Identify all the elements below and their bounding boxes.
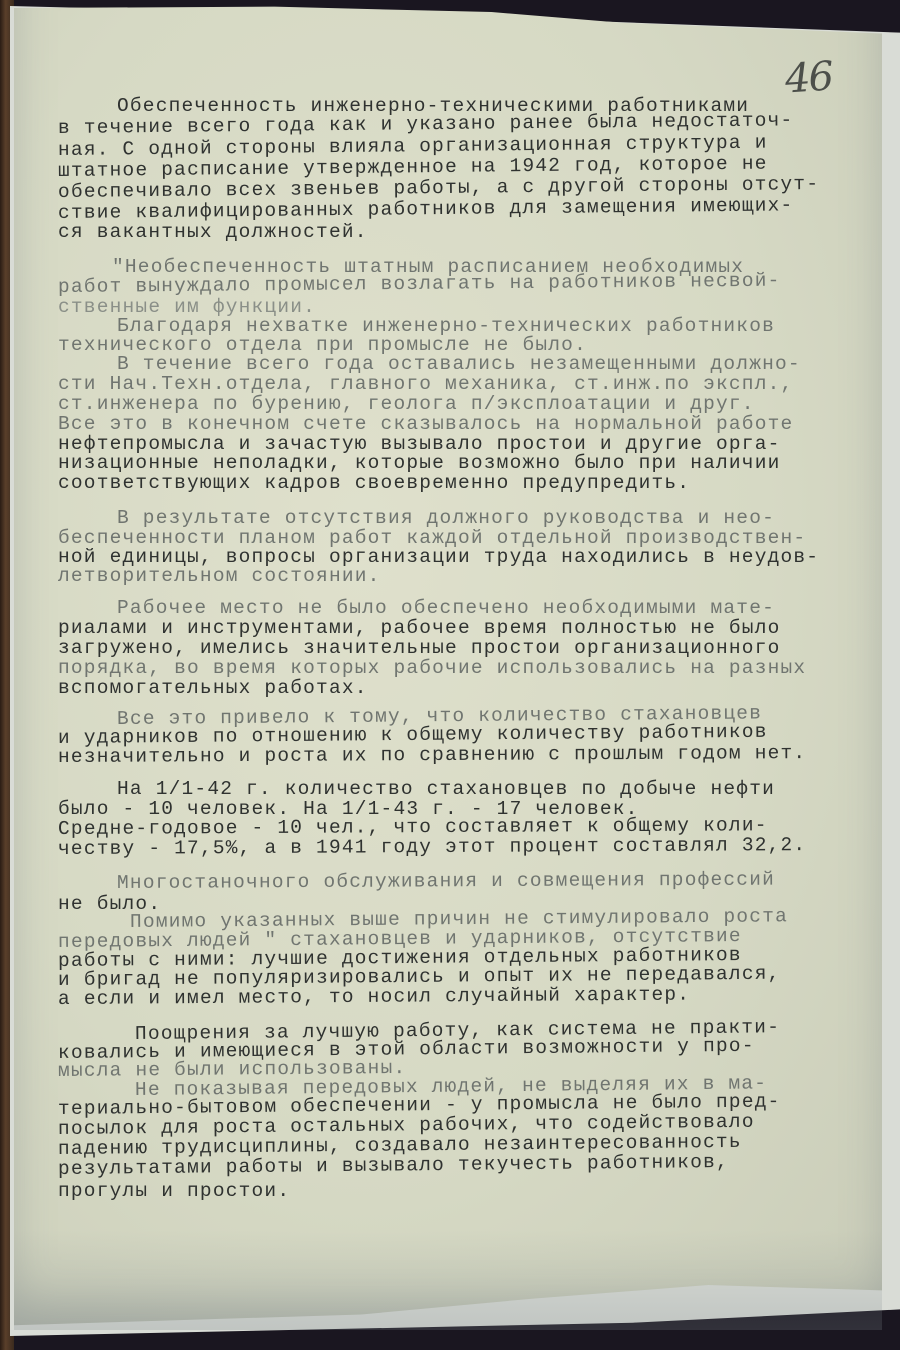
text-line: В течение всего года оставались незамеще… — [117, 353, 801, 375]
text-line: порядка, во время которых рабочие исполь… — [58, 657, 806, 679]
text-line: Все это в конечном счете сказывалось на … — [58, 413, 793, 435]
text-line: Многостаночного обслуживания и совмещени… — [117, 869, 775, 894]
text-line: низационные неполадки, которые возможно … — [58, 452, 781, 474]
text-line: прогулы и простои. — [58, 1180, 290, 1202]
text-line: В результате отсутствия должного руковод… — [117, 507, 775, 529]
text-line: сти Нач.Техн.отдела, главного механика, … — [58, 373, 793, 395]
text-line: а если и имел место, то носил случайный … — [58, 984, 690, 1010]
text-line: соответствующих кадров своевременно пред… — [58, 472, 690, 494]
text-line: летворительном состоянии. — [58, 565, 381, 587]
text-line: загружено, имелись значительные простои … — [58, 637, 781, 659]
text-line: незначительно и роста их по сравнению с … — [58, 742, 806, 768]
text-line: вспомогательных работах. — [58, 677, 368, 699]
text-line: На 1/1-42 г. количество стахановцев по д… — [117, 778, 775, 800]
text-line: риалами и инструментами, рабочее время п… — [58, 617, 781, 639]
text-line: ся вакантных должностей. — [58, 221, 368, 243]
text-line: ст.инженера по бурению, геолога п/экспло… — [58, 393, 755, 415]
text-line: Рабочее место не было обеспечено необход… — [117, 597, 775, 619]
text-line: честву - 17,5%, а в 1941 году этот проце… — [58, 834, 806, 860]
handwritten-page-number: 46 — [783, 53, 833, 102]
